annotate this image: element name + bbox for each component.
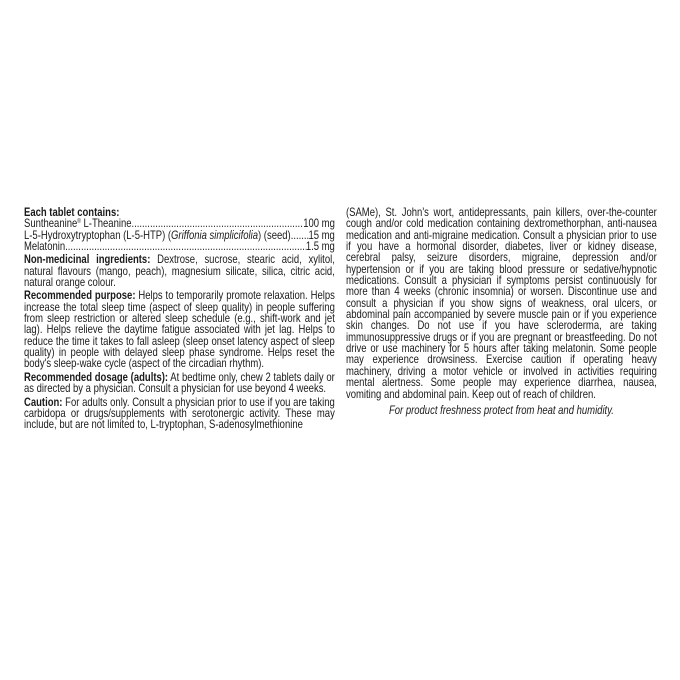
non-medicinal-ingredients: Non-medicinal ingredients: Dextrose, suc… xyxy=(24,254,335,288)
recommended-dosage: Recommended dosage (adults): At bedtime … xyxy=(24,372,335,395)
ingredient-name: Melatonin xyxy=(24,241,65,252)
label-left-column: Each tablet contains: Suntheanine® L-The… xyxy=(24,207,335,433)
ingredient-source-latin: Griffonia simplicifolia xyxy=(171,229,258,242)
leader-dots xyxy=(65,241,306,252)
storage-note: For product freshness protect from heat … xyxy=(346,405,657,416)
recommended-purpose: Recommended purpose: Helps to temporaril… xyxy=(24,290,335,369)
caution-text: Caution: For adults only. Consult a phys… xyxy=(24,397,335,431)
ingredient-row-melatonin: Melatonin 1.5 mg xyxy=(24,241,335,252)
ingredient-amount: 100 mg xyxy=(303,218,335,229)
ingredient-amount: 1.5 mg xyxy=(306,241,335,252)
caution-continued: (SAMe), St. John's wort, antidepressants… xyxy=(346,207,657,400)
label-right-column: (SAMe), St. John's wort, antidepressants… xyxy=(346,207,657,416)
product-label-panel: Each tablet contains: Suntheanine® L-The… xyxy=(24,207,658,472)
ingredient-row-5htp: L-5-Hydroxytryptophan (L-5-HTP) (Griffon… xyxy=(24,230,335,241)
